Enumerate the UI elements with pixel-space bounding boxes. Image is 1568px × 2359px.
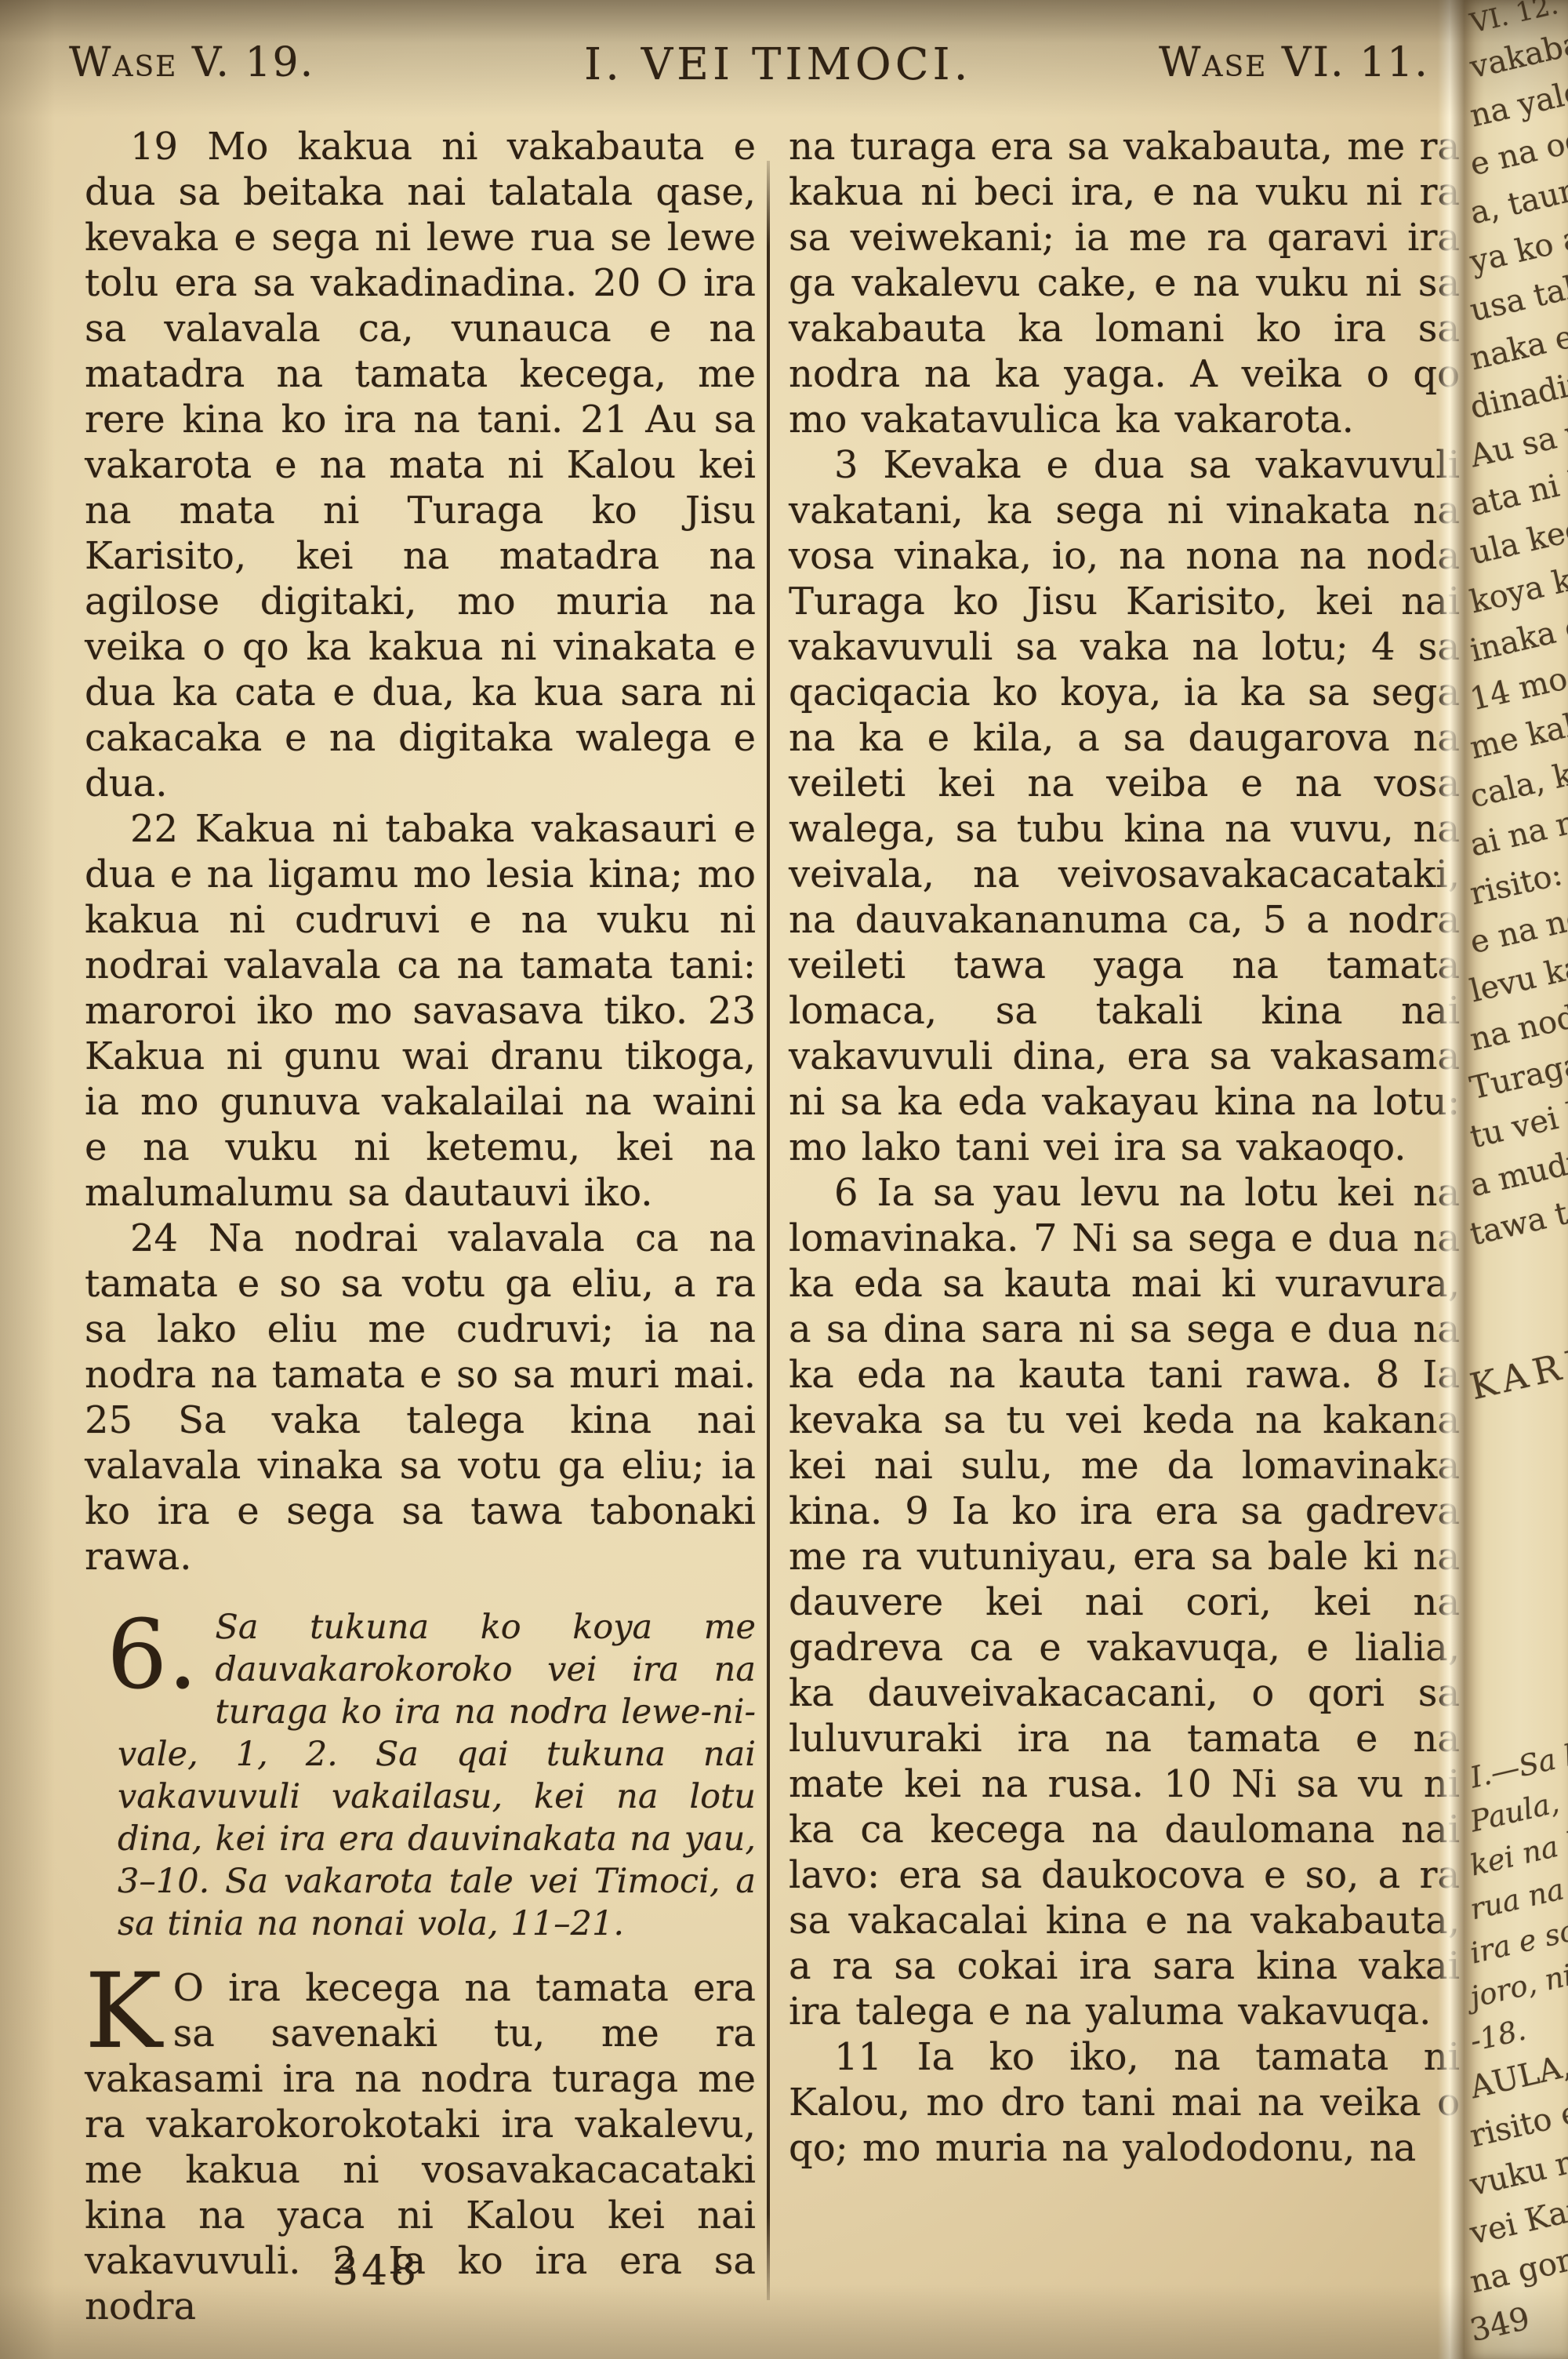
verse-paragraph: 3 Kevaka e dua sa vakavuvuli vakatani, k… [789,442,1460,1170]
edge-fragment-line [1465,1398,1568,1753]
verse-paragraph: 6 Ia sa yau levu na lotu kei na lomavina… [789,1170,1460,2034]
next-page-edge: VI. 12.vakabauta,na yalomale na ogaa, ta… [1465,0,1568,2359]
verse-paragraph: na turaga era sa vakabauta, me ra kakua … [789,124,1460,442]
right-column-verses: na turaga era sa vakabauta, me ra kakua … [789,124,1460,2171]
chapter-number: 6. [107,1614,198,1696]
scanned-book-page: Wase V. 19. I. VEI TIMOCI. Wase VI. 11. … [0,0,1568,2359]
opening-paragraph-text: O ira kecega na tamata era sa savenaki t… [85,1966,756,2328]
next-page-edge-lines: VI. 12.vakabauta,na yalomale na ogaa, ta… [1465,0,1568,2356]
running-head-right: Wase VI. 11. [1159,39,1429,86]
verse-paragraph: 24 Na nodrai valavala ca na tamata e so … [85,1216,756,1579]
drop-cap-letter: K [85,1970,162,2053]
left-column-verses: 19 Mo kakua ni vakabauta e dua sa beitak… [85,124,756,1579]
chapter-6-summary-block: 6. Sa tukuna ko koya me dauvakarokoroko … [85,1606,756,1945]
chapter-6-opening-paragraph: KO ira kecega na tamata era sa savenaki … [85,1965,756,2329]
left-column: 19 Mo kakua ni vakabauta e dua sa beitak… [85,124,756,2329]
running-head-left: Wase V. 19. [69,39,314,86]
running-head-title: I. VEI TIMOCI. [584,39,971,90]
verse-paragraph: 22 Kakua ni tabaka vakasauri e dua e na … [85,806,756,1216]
column-divider-rule [767,161,770,2300]
verse-paragraph: 11 Ia ko iko, na tamata ni Kalou, mo dro… [789,2034,1460,2171]
right-column: na turaga era sa vakabauta, me ra kakua … [789,124,1460,2171]
chapter-summary: Sa tukuna ko koya me dauvakarokoroko vei… [118,1606,756,1945]
verse-paragraph: 19 Mo kakua ni vakabauta e dua sa beitak… [85,124,756,806]
page-curl-crease [1438,0,1465,2359]
page-number: 348 [332,2248,419,2295]
